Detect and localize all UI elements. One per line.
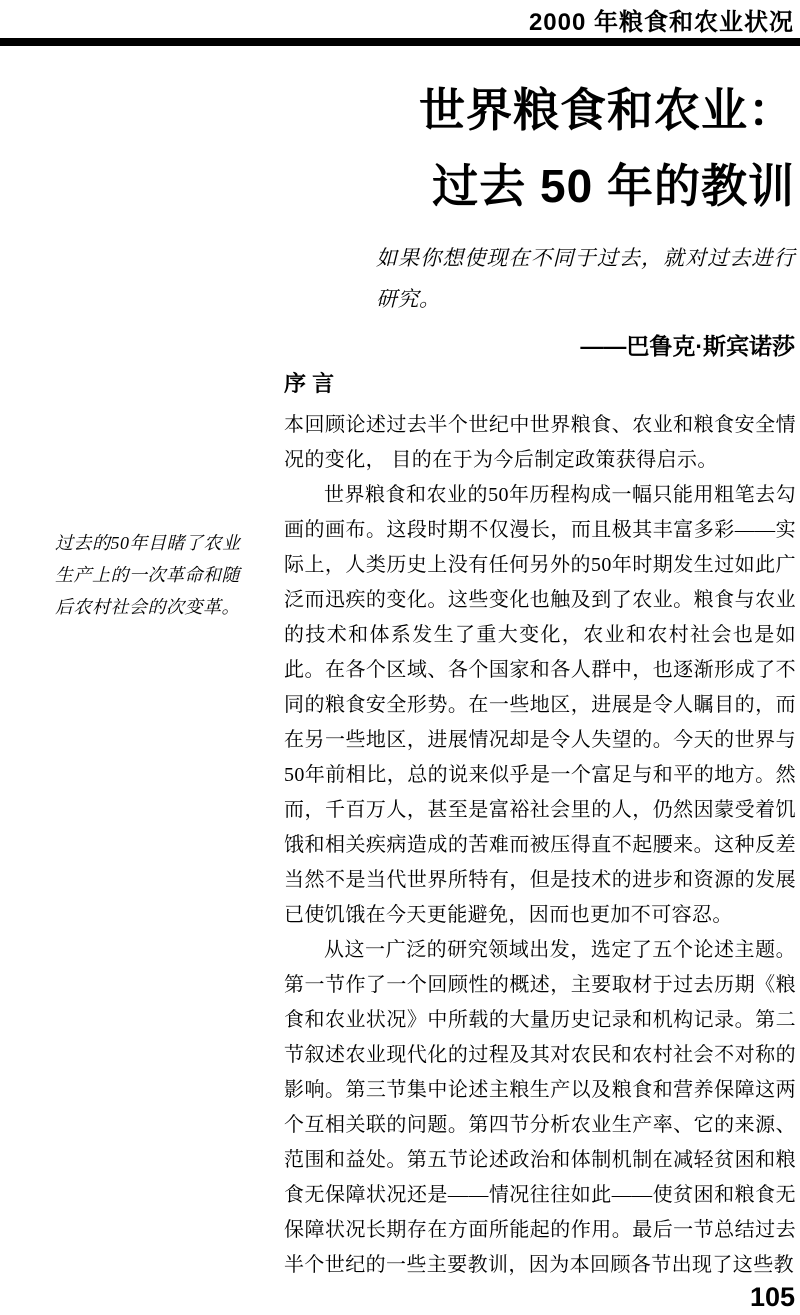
epigraph: 如果你想使现在不同于过去，就对过去进行研究。 ——巴鲁克·斯宾诺莎	[376, 238, 795, 361]
section-heading: 序 言	[284, 367, 796, 398]
header-rule	[0, 38, 800, 46]
article-title: 世界粮食和农业： 过去 50 年的教训	[419, 72, 795, 224]
page-number: 105	[750, 1282, 795, 1313]
running-head: 2000 年粮食和农业状况	[529, 2, 794, 37]
paragraph-3: 从这一广泛的研究领域出发，选定了五个论述主题。第一节作了一个回顾性的概述，主要取…	[284, 933, 796, 1283]
epigraph-quote: 如果你想使现在不同于过去，就对过去进行研究。	[376, 238, 795, 320]
document-page: 2000 年粮食和农业状况 世界粮食和农业： 过去 50 年的教训 如果你想使现…	[0, 0, 800, 1315]
paragraph-2: 世界粮食和农业的50年历程构成一幅只能用粗笔去勾画的画布。这段时期不仅漫长，而且…	[284, 478, 796, 933]
paragraph-1: 本回顾论述过去半个世纪中世界粮食、农业和粮食安全情况的变化， 目的在于为今后制定…	[284, 408, 796, 478]
margin-note: 过去的50年目睹了农业生产上的一次革命和随后农村社会的次变革。	[55, 527, 251, 623]
epigraph-attribution: ——巴鲁克·斯宾诺莎	[376, 328, 795, 361]
title-line-2: 过去 50 年的教训	[419, 148, 795, 224]
main-text-column: 序 言 本回顾论述过去半个世纪中世界粮食、农业和粮食安全情况的变化， 目的在于为…	[284, 367, 796, 1283]
title-line-1: 世界粮食和农业：	[419, 72, 795, 148]
